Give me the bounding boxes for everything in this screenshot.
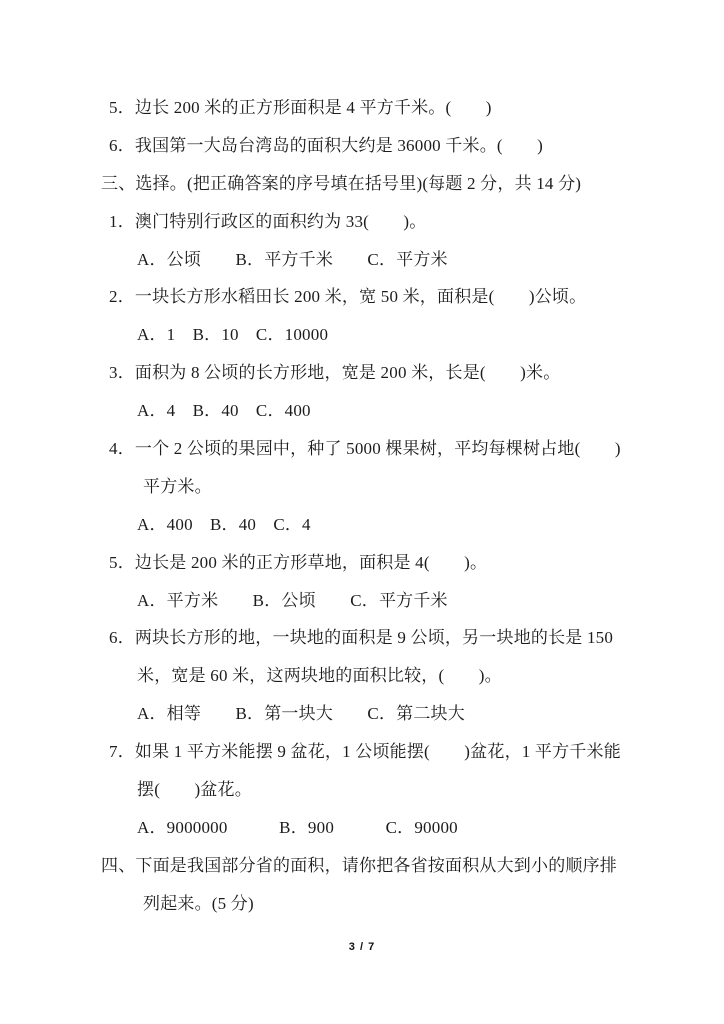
worksheet-page: 5．边长 200 米的正方形面积是 4 平方千米。( ) 6．我国第一大岛台湾岛… [0, 0, 724, 1024]
question-7-options: A．9000000 B．900 C．90000 [101, 809, 623, 847]
question-3-text: 3．面积为 8 公顷的长方形地，宽是 200 米，长是( )米。 [101, 354, 623, 392]
question-2-text: 2．一块长方形水稻田长 200 米，宽 50 米，面积是( )公顷。 [101, 278, 623, 316]
judge-item-5: 5．边长 200 米的正方形面积是 4 平方千米。( ) [101, 89, 623, 127]
question-6-text-line-1: 6．两块长方形的地，一块地的面积是 9 公顷，另一块地的长是 150 [101, 619, 623, 657]
question-4-options: A．400 B．40 C．4 [101, 506, 623, 544]
judge-item-6: 6．我国第一大岛台湾岛的面积大约是 36000 千米。( ) [101, 127, 623, 165]
question-4-text-line-2: 平方米。 [101, 468, 623, 506]
question-5-text: 5．边长是 200 米的正方形草地，面积是 4( )。 [101, 544, 623, 582]
question-2-options: A．1 B．10 C．10000 [101, 316, 623, 354]
section-4-header-line-1: 四、下面是我国部分省的面积，请你把各省按面积从大到小的顺序排 [101, 847, 623, 885]
question-5-options: A．平方米 B．公顷 C．平方千米 [101, 582, 623, 620]
question-6-text-line-2: 米，宽是 60 米，这两块地的面积比较，( )。 [101, 657, 623, 695]
question-1-options: A．公顷 B．平方千米 C．平方米 [101, 241, 623, 279]
page-number: 3 / 7 [0, 941, 724, 953]
question-7-text-line-2: 摆( )盆花。 [101, 771, 623, 809]
section-3-header: 三、选择。(把正确答案的序号填在括号里)(每题 2 分，共 14 分) [101, 165, 623, 203]
question-3-options: A．4 B．40 C．400 [101, 392, 623, 430]
question-1-text: 1．澳门特别行政区的面积约为 33( )。 [101, 203, 623, 241]
worksheet-content: 5．边长 200 米的正方形面积是 4 平方千米。( ) 6．我国第一大岛台湾岛… [101, 89, 623, 923]
question-7-text-line-1: 7．如果 1 平方米能摆 9 盆花，1 公顷能摆( )盆花，1 平方千米能 [101, 733, 623, 771]
question-6-options: A．相等 B．第一块大 C．第二块大 [101, 695, 623, 733]
section-4-header-line-2: 列起来。(5 分) [101, 885, 623, 923]
question-4-text-line-1: 4．一个 2 公顷的果园中，种了 5000 棵果树，平均每棵树占地( ) [101, 430, 623, 468]
